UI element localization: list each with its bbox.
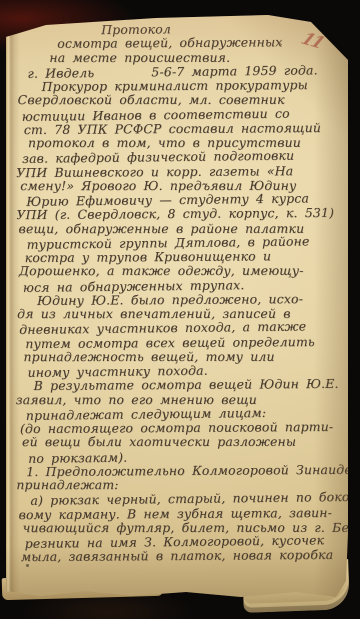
handwritten-text: Протоколосмотра вещей, обнаруженныхна ме… (13, 21, 346, 565)
text-line: ей вещи были хаотически разложены (22, 435, 345, 450)
ink-speck (26, 564, 29, 567)
text-line: Свердловской области, мл. советник (18, 93, 343, 108)
scanned-photo: 11 Протоколосмотра вещей, обнаруженныхна… (0, 0, 360, 619)
document-page: 11 Протоколосмотра вещей, обнаруженныхна… (6, 13, 348, 605)
text-line: Дорошенко, а также одежду, имеющу- (19, 264, 344, 279)
text-line: Протокол (101, 20, 342, 37)
